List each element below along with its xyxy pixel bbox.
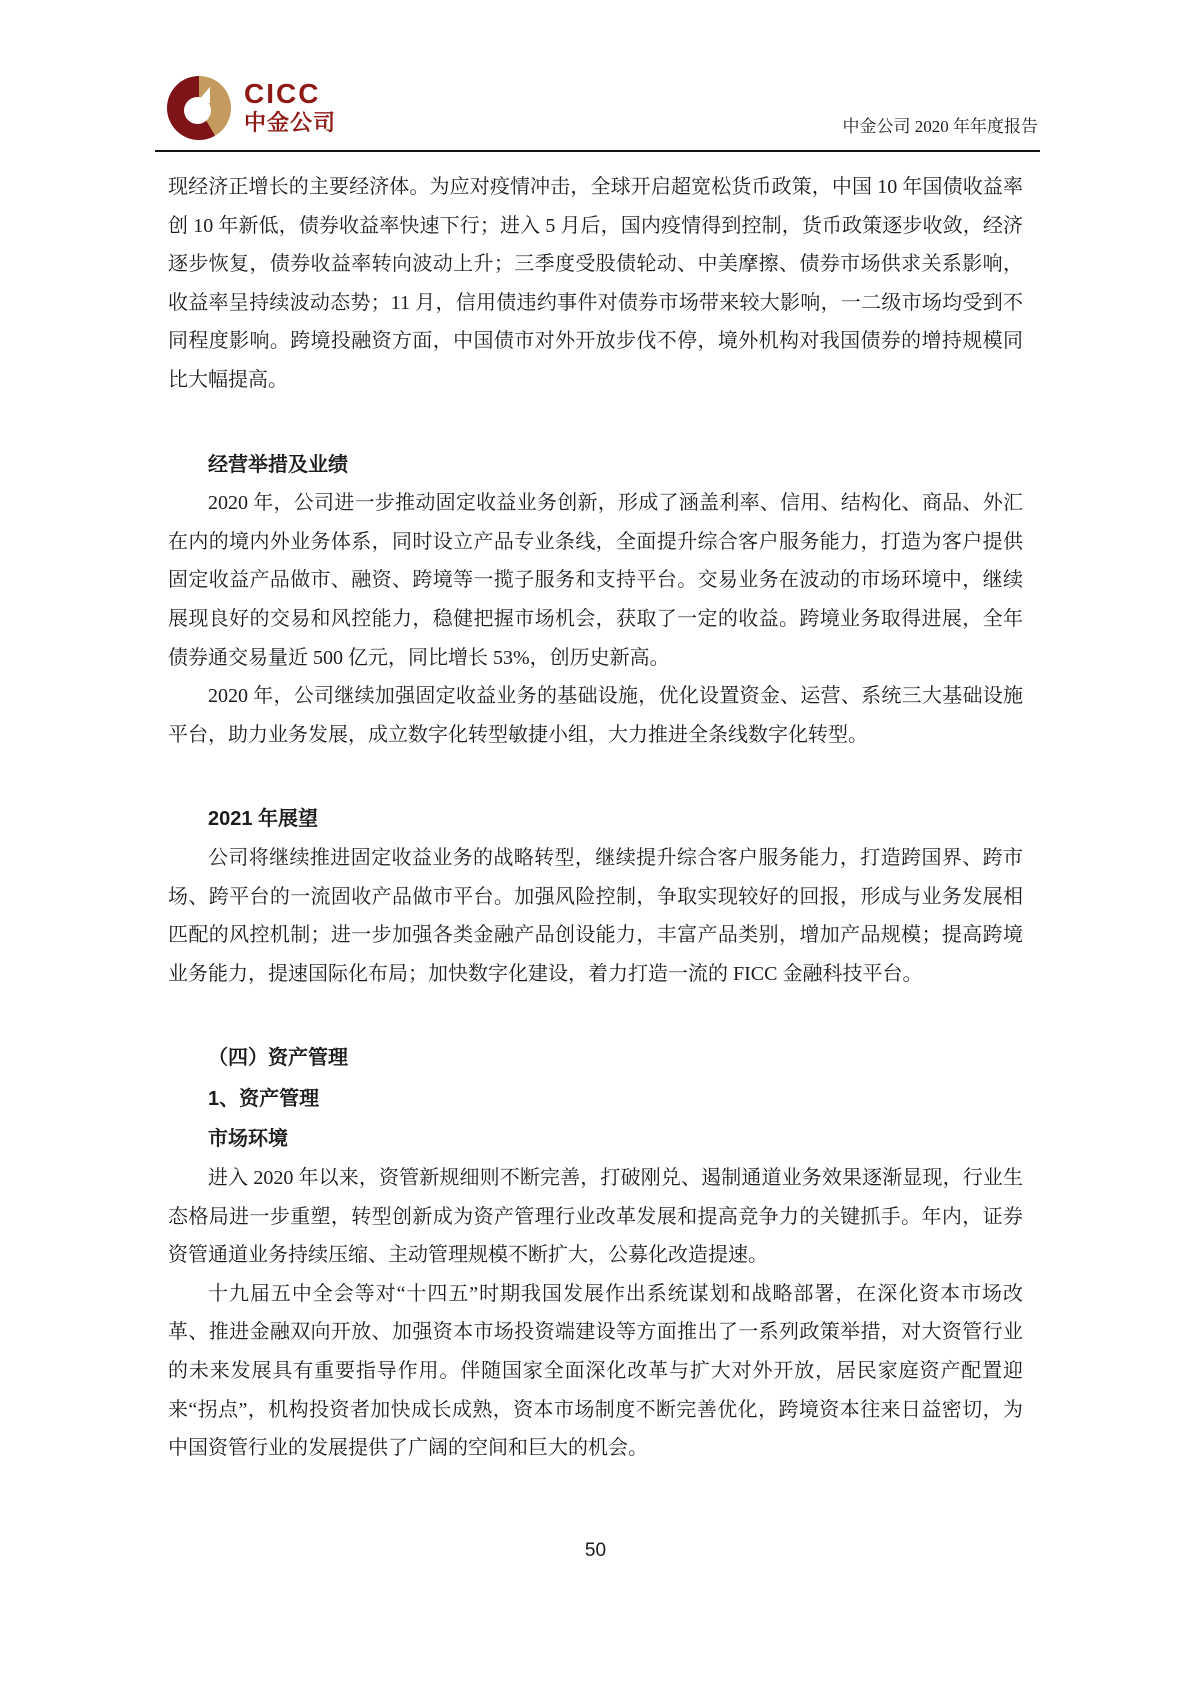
section-heading-outlook-2021: 2021 年展望 — [168, 800, 1023, 839]
subsection-heading-asset-management: 1、资产管理 — [168, 1080, 1023, 1119]
paragraph: 进入 2020 年以来，资管新规细则不断完善，打破刚兑、遏制通道业务效果逐渐显现… — [168, 1159, 1023, 1275]
report-title: 中金公司 2020 年年度报告 — [843, 112, 1039, 140]
paragraph: 公司将继续推进固定收益业务的战略转型，继续提升综合客户服务能力，打造跨国界、跨市… — [168, 839, 1023, 993]
cicc-logo-icon — [167, 76, 231, 140]
page-header: CICC 中金公司 中金公司 2020 年年度报告 — [155, 76, 1038, 140]
logo-text-en: CICC — [244, 80, 336, 108]
logo-wordmark: CICC 中金公司 — [244, 80, 336, 135]
paragraph: 2020 年，公司继续加强固定收益业务的基础设施，优化设置资金、运营、系统三大基… — [168, 677, 1023, 754]
page-number: 50 — [168, 1540, 1023, 1562]
header-divider — [155, 150, 1040, 152]
cicc-logo: CICC 中金公司 — [167, 76, 336, 140]
paragraph: 2020 年，公司进一步推动固定收益业务创新，形成了涵盖利率、信用、结构化、商品… — [168, 484, 1023, 677]
paragraph-continuation: 现经济正增长的主要经济体。为应对疫情冲击，全球开启超宽松货币政策，中国 10 年… — [168, 168, 1023, 400]
section-heading-asset-management: （四）资产管理 — [168, 1039, 1023, 1078]
report-body: 现经济正增长的主要经济体。为应对疫情冲击，全球开启超宽松货币政策，中国 10 年… — [168, 153, 1023, 1468]
report-page: CICC 中金公司 中金公司 2020 年年度报告 现经济正增长的主要经济体。为… — [0, 0, 1190, 1683]
logo-text-cn: 中金公司 — [244, 111, 336, 135]
paragraph: 十九届五中全会等对“十四五”时期我国发展作出系统谋划和战略部署，在深化资本市场改… — [168, 1275, 1023, 1468]
subsection-heading-market-environment: 市场环境 — [168, 1120, 1023, 1159]
section-heading-operations: 经营举措及业绩 — [168, 446, 1023, 485]
logo-hole-shape — [184, 97, 211, 124]
